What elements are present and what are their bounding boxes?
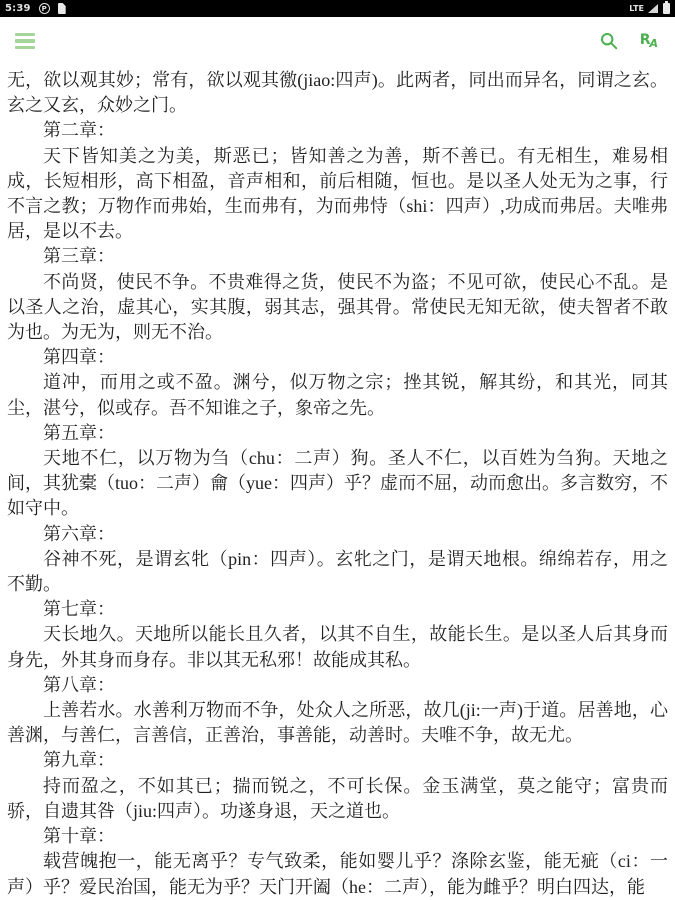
paragraph: 谷神不死，是谓玄牝（pin：四声）。玄牝之门，是谓天地根。绵绵若存，用之不勤。 bbox=[7, 547, 668, 597]
search-button[interactable] bbox=[600, 32, 618, 50]
clock: 5:39 bbox=[5, 3, 31, 14]
paragraph: 第四章： bbox=[7, 345, 668, 370]
font-settings-button[interactable]: R A bbox=[640, 33, 660, 49]
paragraph: 持而盈之，不如其已；揣而锐之，不可长保。金玉满堂，莫之能守；富贵而骄，自遗其咎（… bbox=[7, 774, 668, 824]
toolbar: R A bbox=[0, 17, 675, 65]
paragraph: 天长地久。天地所以能长且久者，以其不自生，故能长生。是以圣人后其身而身先，外其身… bbox=[7, 622, 668, 672]
paragraph: 第七章： bbox=[7, 597, 668, 622]
paragraph: 上善若水。水善利万物而不争，处众人之所恶，故几(ji:一声)于道。居善地，心善渊… bbox=[7, 698, 668, 748]
paragraph: 第二章： bbox=[7, 118, 668, 143]
p-badge-icon: P bbox=[39, 3, 50, 14]
paragraph: 载营魄抱一，能无离乎？专气致柔，能如婴儿乎？涤除玄鉴，能无疵（ci：一声）乎？爱… bbox=[7, 849, 668, 899]
paragraph: 第五章： bbox=[7, 421, 668, 446]
paragraph: 不尚贤，使民不争。不贵难得之货，使民不为盗；不见可欲，使民心不乱。是以圣人之治，… bbox=[7, 270, 668, 346]
paragraph: 第十章： bbox=[7, 824, 668, 849]
paragraph: 天地不仁，以万物为刍（chu：二声）狗。圣人不仁，以百姓为刍狗。天地之间，其犹橐… bbox=[7, 446, 668, 522]
note-icon bbox=[58, 3, 66, 14]
paragraph: 道冲，而用之或不盈。渊兮，似万物之宗；挫其锐，解其纷，和其光，同其尘，湛兮，似或… bbox=[7, 370, 668, 420]
paragraph: 无，欲以观其妙；常有，欲以观其徼(jiao:四声)。此两者，同出而异名，同谓之玄… bbox=[7, 68, 668, 118]
paragraph: 第八章： bbox=[7, 673, 668, 698]
menu-button[interactable] bbox=[15, 31, 35, 52]
carrier-label: LTE bbox=[629, 4, 644, 13]
signal-icon bbox=[648, 4, 658, 13]
reader-page[interactable]: 无，欲以观其妙；常有，欲以观其徼(jiao:四声)。此两者，同出而异名，同谓之玄… bbox=[0, 65, 675, 900]
paragraph: 第九章： bbox=[7, 748, 668, 773]
hamburger-icon bbox=[15, 33, 35, 37]
search-icon bbox=[600, 32, 618, 50]
paragraph: 第三章： bbox=[7, 244, 668, 269]
paragraph: 第六章： bbox=[7, 522, 668, 547]
status-bar: 5:39 P LTE bbox=[0, 0, 675, 17]
battery-icon bbox=[663, 3, 670, 14]
paragraph: 天下皆知美之为美，斯恶已；皆知善之为善，斯不善已。有无相生，难易相成，长短相形，… bbox=[7, 144, 668, 245]
page-text: 无，欲以观其妙；常有，欲以观其徼(jiao:四声)。此两者，同出而异名，同谓之玄… bbox=[7, 68, 668, 900]
